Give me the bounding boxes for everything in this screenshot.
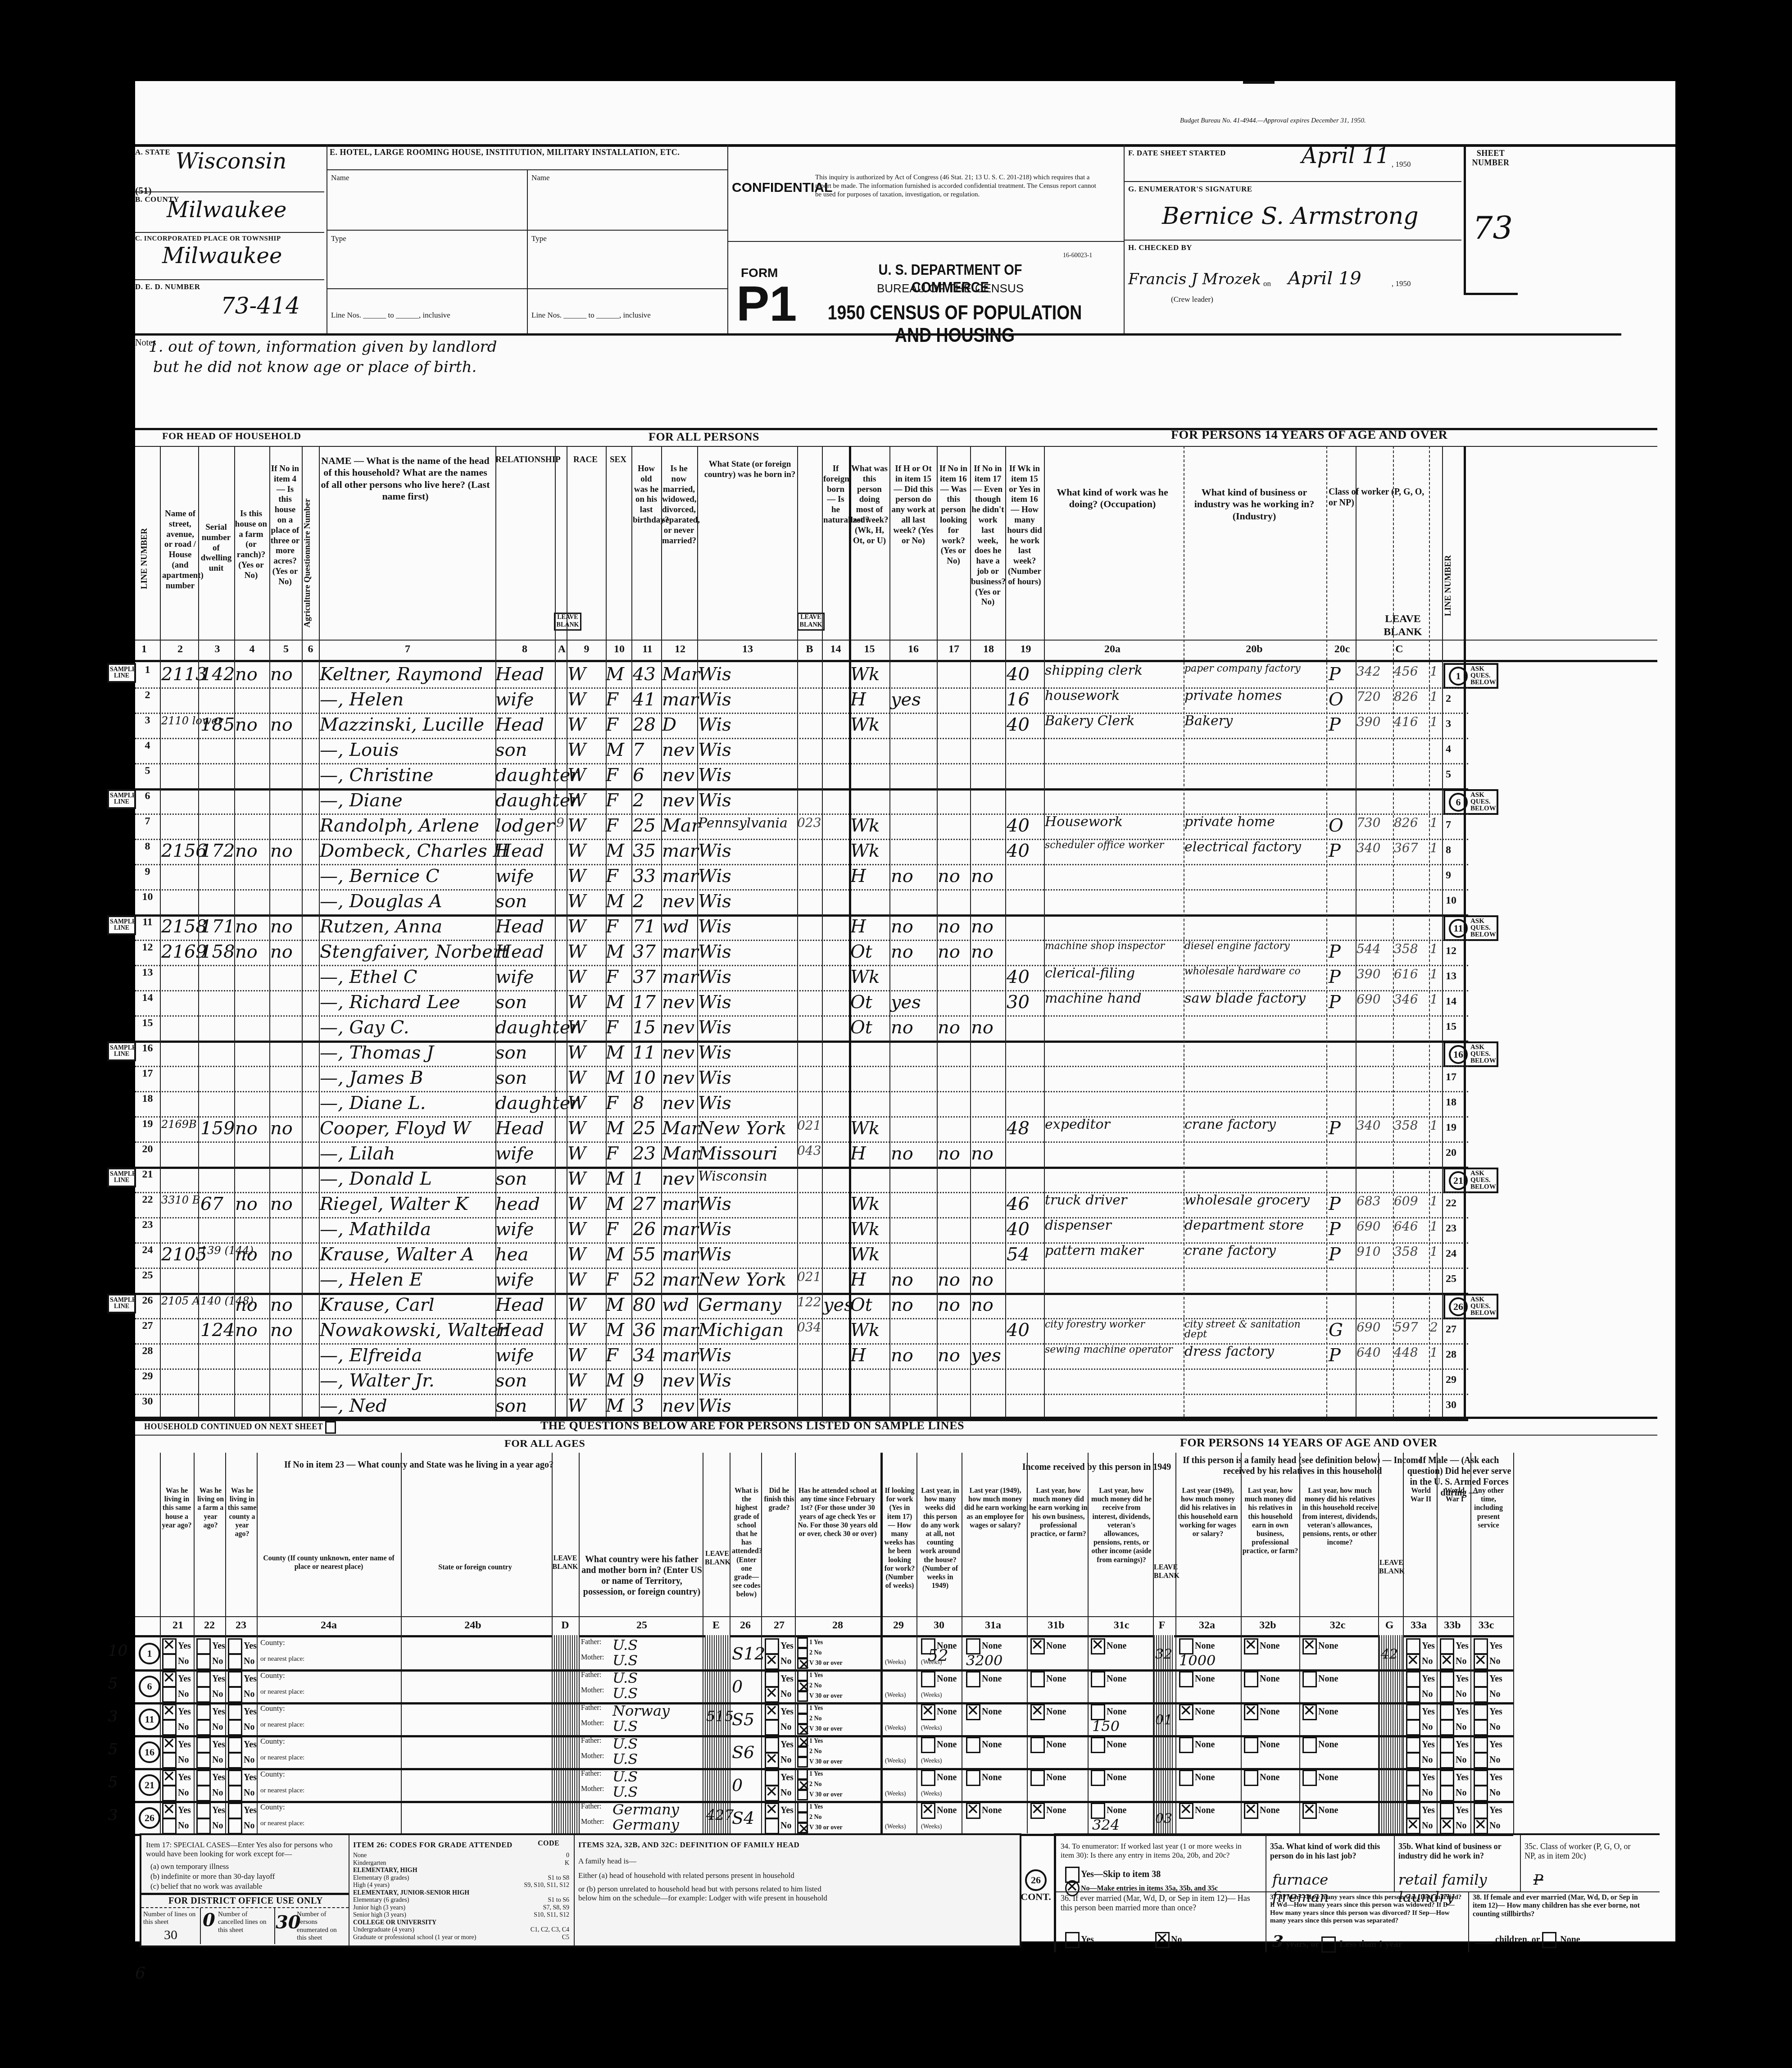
c32a-none-checkbox[interactable] (1179, 1704, 1193, 1720)
c32b-none-label: None (1260, 1740, 1279, 1750)
c33a-no-label: No (1422, 1722, 1433, 1732)
c28-2-checkbox[interactable] (797, 1757, 808, 1768)
q38-suffix: children, or (1495, 1935, 1540, 1945)
c31b-none-checkbox[interactable] (1030, 1737, 1045, 1753)
c21-no-checkbox[interactable] (162, 1785, 177, 1801)
c21-yes-checkbox[interactable] (162, 1671, 177, 1687)
c23-yes-checkbox[interactable] (228, 1803, 242, 1819)
cell-line: 10 (135, 891, 160, 903)
c32c-none-checkbox[interactable] (1302, 1803, 1317, 1819)
c33c-no-checkbox[interactable] (1474, 1654, 1488, 1670)
col-20c-header: Class of worker (P, G, O, or NP) (1329, 486, 1432, 508)
c31b-none-checkbox[interactable] (1030, 1671, 1045, 1687)
c32b-none-checkbox[interactable] (1244, 1704, 1258, 1720)
c21-yes-checkbox[interactable] (162, 1704, 177, 1720)
row-divider (135, 763, 1468, 764)
right-line-number: 12 (1446, 945, 1456, 957)
c33c-yes-label: Yes (1489, 1773, 1502, 1782)
c23-no-checkbox[interactable] (228, 1785, 242, 1801)
c27-yes-label: Yes (780, 1805, 794, 1815)
cell-activity: Wk (850, 664, 889, 685)
mother-birthplace: U.S (612, 1718, 638, 1735)
c31c-none-checkbox[interactable] (1091, 1770, 1105, 1786)
c33c-no-checkbox[interactable] (1474, 1686, 1488, 1703)
weeks-worked: 52 (928, 1646, 948, 1665)
c32c-none-label: None (1318, 1707, 1338, 1717)
cell-marital: D (662, 714, 698, 735)
c21-yes-checkbox[interactable] (162, 1770, 177, 1786)
c32a-none-checkbox[interactable] (1179, 1737, 1193, 1753)
sample-line-marker: SAMPLE LINE (107, 789, 136, 809)
notes-line-2: but he did not know age or place of birt… (153, 358, 476, 376)
c31c-none-checkbox[interactable] (1091, 1671, 1105, 1687)
cell-race: W (567, 1168, 606, 1189)
col-b-header: LEAVE BLANK (797, 613, 825, 631)
cell-hours: 46 (1007, 1194, 1045, 1214)
c23-yes-label: Yes (244, 1674, 257, 1684)
col-11-header: How old was he on his last birthday? (633, 464, 660, 526)
c33a-no-checkbox[interactable] (1406, 1752, 1420, 1768)
c28-2-checkbox[interactable] (797, 1823, 808, 1833)
sample-grid-line (1470, 1453, 1471, 1833)
grade-code-row: Undergraduate (4 years)C1, C2, C3, C4 (353, 1927, 569, 1934)
c31a-none-label: None (982, 1674, 1002, 1684)
c31a-none-checkbox[interactable] (966, 1704, 980, 1720)
cell-birthplace: Wis (698, 1068, 797, 1088)
c27-no-checkbox[interactable] (765, 1686, 779, 1703)
c31c-none-checkbox[interactable] (1091, 1638, 1105, 1654)
c28-2-label: V 30 or over (809, 1759, 843, 1765)
c28-1-checkbox[interactable] (797, 1746, 808, 1757)
c33a-yes-checkbox[interactable] (1406, 1704, 1420, 1720)
c23-yes-checkbox[interactable] (228, 1704, 242, 1720)
col-8-header: RELATIONSHIP (495, 455, 561, 465)
c33a-no-checkbox[interactable] (1406, 1719, 1420, 1736)
grid-line (661, 446, 662, 1417)
sample-column-number: 31b (1043, 1619, 1070, 1632)
c31c-none-label: None (1107, 1641, 1126, 1651)
c33a-no-checkbox[interactable] (1406, 1654, 1420, 1670)
cell-rel: Head (495, 714, 556, 735)
c31a-none-checkbox[interactable] (966, 1770, 980, 1786)
c22-no-checkbox[interactable] (196, 1785, 211, 1801)
grade-code-label: None (353, 1852, 367, 1860)
sample-header-c32c: Last year, how much money did his relati… (1302, 1486, 1378, 1547)
cell-code-2: 358 (1394, 1244, 1430, 1259)
c33b-yes-checkbox[interactable] (1440, 1671, 1454, 1687)
item17-a: (a) own temporary illness (150, 1862, 229, 1871)
cell-birthplace: Wis (698, 740, 797, 760)
cell-race: W (567, 1017, 606, 1038)
grade-attended: 0 (732, 1775, 743, 1795)
c31b-none-checkbox[interactable] (1030, 1803, 1045, 1819)
c31b-none-checkbox[interactable] (1030, 1638, 1045, 1654)
c22-yes-checkbox[interactable] (196, 1737, 211, 1753)
c33b-no-label: No (1456, 1689, 1466, 1699)
cell-looking: no (938, 1295, 970, 1315)
c30-none-label: None (937, 1740, 957, 1750)
cell-rel: son (495, 1395, 556, 1416)
c33b-yes-checkbox[interactable] (1440, 1770, 1454, 1786)
c32b-none-checkbox[interactable] (1244, 1737, 1258, 1753)
c33b-yes-checkbox[interactable] (1440, 1704, 1454, 1720)
c22-yes-checkbox[interactable] (196, 1638, 211, 1654)
cell-sex: F (606, 790, 633, 811)
column-number: 15 (850, 643, 889, 655)
census-sheet: (51) Budget Bureau No. 41-4944.—Approval… (135, 81, 1675, 1941)
c22-no-checkbox[interactable] (196, 1686, 211, 1703)
cell-line: 26 (135, 1295, 160, 1307)
cell-line: 4 (135, 740, 160, 752)
cell-class: P (1329, 1244, 1356, 1265)
c28-0-checkbox[interactable] (797, 1637, 808, 1648)
c31a-none-checkbox[interactable] (966, 1671, 980, 1687)
col-18-header: If No in item 17 — Even though he didn't… (971, 464, 1005, 608)
c30-none-checkbox[interactable] (921, 1704, 935, 1720)
cell-hours: 40 (1007, 815, 1045, 836)
c33a-no-checkbox[interactable] (1406, 1785, 1420, 1801)
persons-label: Number of persons enumerated on this she… (297, 1911, 346, 1942)
c21-no-label: No (178, 1755, 189, 1765)
cell-sex: M (606, 1244, 633, 1265)
right-line-number: 15 (1446, 1021, 1456, 1033)
c23-yes-checkbox[interactable] (228, 1770, 242, 1786)
c33c-yes-checkbox[interactable] (1474, 1770, 1488, 1786)
c22-yes-checkbox[interactable] (196, 1803, 211, 1819)
c22-no-checkbox[interactable] (196, 1752, 211, 1768)
c23-no-checkbox[interactable] (228, 1752, 242, 1768)
c27-no-checkbox[interactable] (765, 1785, 779, 1801)
c23-no-checkbox[interactable] (228, 1818, 242, 1834)
cell-race: W (567, 866, 606, 886)
c31b-none-checkbox[interactable] (1030, 1704, 1045, 1720)
sample-column-number: D (552, 1619, 579, 1632)
sample-header-c32b: Last year, how much money did his relati… (1242, 1486, 1298, 1556)
cell-sex: M (606, 1295, 633, 1315)
c31c-none-checkbox[interactable] (1091, 1737, 1105, 1753)
q36-no-label: No (1171, 1935, 1182, 1945)
cell-code-1: 683 (1356, 1194, 1393, 1209)
c32c-none-checkbox[interactable] (1302, 1671, 1317, 1687)
c33b-no-label: No (1456, 1755, 1466, 1765)
cell-race: W (567, 1295, 606, 1315)
cell-race: W (567, 1118, 606, 1139)
c33c-yes-checkbox[interactable] (1474, 1704, 1488, 1720)
c31a-none-checkbox[interactable] (966, 1803, 980, 1819)
c33c-no-checkbox[interactable] (1474, 1719, 1488, 1736)
right-line-number: 27 (1446, 1323, 1456, 1336)
c32c-none-checkbox[interactable] (1302, 1770, 1317, 1786)
cell-hours: 48 (1007, 1118, 1045, 1139)
c30-none-checkbox[interactable] (921, 1671, 935, 1687)
c28-2-checkbox[interactable] (797, 1724, 808, 1735)
c32b-none-checkbox[interactable] (1244, 1803, 1258, 1819)
q35c-text: 35c. Class of worker (P, G, O, or NP, as… (1524, 1842, 1637, 1860)
c32a-none-checkbox[interactable] (1179, 1803, 1193, 1819)
cell-job: no (971, 941, 1006, 962)
grade-code-row: None0 (353, 1852, 569, 1860)
q37-suffix: years, or (1286, 1939, 1319, 1949)
sample-column-number: 33c (1473, 1619, 1500, 1632)
cell-activity: Wk (850, 1244, 889, 1265)
column-number: 18 (971, 643, 1006, 655)
grid-line (269, 446, 270, 1417)
sample-grid-line (1513, 1453, 1514, 1833)
c33a-no-checkbox[interactable] (1406, 1686, 1420, 1703)
cell-line: 28 (135, 1345, 160, 1357)
q38-none-checkbox[interactable] (1542, 1932, 1556, 1948)
cell-house: 2105 A (161, 1295, 200, 1307)
q37-less-checkbox[interactable] (1321, 1936, 1336, 1953)
column-number: 17 (938, 643, 970, 655)
cell-birthplace: Wis (698, 1017, 797, 1038)
c28-0-checkbox[interactable] (797, 1802, 808, 1813)
column-number: 5 (270, 643, 302, 655)
c21-no-checkbox[interactable] (162, 1686, 177, 1703)
cell-race: W (567, 916, 606, 937)
c23-yes-checkbox[interactable] (228, 1671, 242, 1687)
c28-0-checkbox[interactable] (797, 1736, 808, 1747)
c33c-no-label: No (1489, 1722, 1500, 1732)
c32c-none-checkbox[interactable] (1302, 1638, 1317, 1654)
c33b-yes-checkbox[interactable] (1440, 1737, 1454, 1753)
c22-yes-checkbox[interactable] (196, 1671, 211, 1687)
cell-sex: F (606, 1345, 633, 1366)
c33c-no-checkbox[interactable] (1474, 1818, 1488, 1834)
family-head-a: Either (a) head of household with relate… (578, 1871, 1011, 1880)
cell-industry: Bakery (1184, 714, 1324, 728)
page-mark: 6 (135, 1964, 145, 1982)
grade-code-label: Undergraduate (4 years) (353, 1927, 414, 1934)
c33b-yes-label: Yes (1456, 1805, 1469, 1815)
sample-header-c28: Has he attended school at any time since… (797, 1486, 878, 1538)
c21-no-checkbox[interactable] (162, 1752, 177, 1768)
c22-no-checkbox[interactable] (196, 1654, 211, 1670)
c23-yes-checkbox[interactable] (228, 1737, 242, 1753)
grid-line (631, 446, 632, 1417)
nearest-place-label: or nearest place: (260, 1787, 304, 1795)
c28-2-label: V 30 or over (809, 1660, 843, 1667)
sample-column-number: 33b (1439, 1619, 1466, 1632)
cell-code-3: 1 (1430, 714, 1443, 729)
cell-marital: mar (662, 1320, 698, 1341)
column-number: 9 (567, 643, 606, 655)
cell-code-2: 646 (1394, 1219, 1430, 1234)
c32a-none-checkbox[interactable] (1179, 1671, 1193, 1687)
lines-label: Number of lines on this sheet (143, 1911, 197, 1927)
c28-1-checkbox[interactable] (797, 1681, 808, 1691)
c33c-no-checkbox[interactable] (1474, 1752, 1488, 1768)
c31c-none-label: None (1107, 1773, 1126, 1782)
c21-no-checkbox[interactable] (162, 1818, 177, 1834)
cell-name: Mazzinski, Lucille (320, 714, 495, 735)
c27-no-checkbox[interactable] (765, 1719, 779, 1736)
cell-age: 36 (633, 1320, 662, 1341)
col-f-code: 03 (1155, 1811, 1172, 1827)
cell-race: W (567, 815, 606, 836)
c22-yes-checkbox[interactable] (196, 1770, 211, 1786)
cell-rel: daughter (495, 790, 556, 811)
household-continued-checkbox[interactable] (325, 1421, 336, 1434)
cell-name: —, Diane (320, 790, 495, 811)
c33a-yes-checkbox[interactable] (1406, 1671, 1420, 1687)
c23-no-checkbox[interactable] (228, 1719, 242, 1736)
c31b-none-checkbox[interactable] (1030, 1770, 1045, 1786)
c33b-no-checkbox[interactable] (1440, 1818, 1454, 1834)
leave-blank-shading (705, 1635, 730, 1833)
c21-no-label: No (178, 1689, 189, 1699)
c32b-none-checkbox[interactable] (1244, 1638, 1258, 1654)
col-g-code: 42 (1381, 1646, 1398, 1662)
county-label: County: (260, 1770, 285, 1779)
c28-1-checkbox[interactable] (797, 1779, 808, 1790)
c33c-no-checkbox[interactable] (1474, 1785, 1488, 1801)
c33c-yes-label: Yes (1489, 1805, 1502, 1815)
cell-race: W (567, 1194, 606, 1214)
cell-rel: wife (495, 1269, 556, 1290)
q36-yes-checkbox[interactable] (1065, 1932, 1080, 1948)
cell-rel: wife (495, 1143, 556, 1164)
c27-yes-checkbox[interactable] (765, 1704, 779, 1720)
c33b-no-checkbox[interactable] (1440, 1686, 1454, 1703)
c21-no-checkbox[interactable] (162, 1654, 177, 1670)
c28-2-checkbox[interactable] (797, 1691, 808, 1702)
c22-yes-label: Yes (212, 1707, 225, 1717)
grade-code-label: Junior high (3 years) (353, 1904, 405, 1912)
right-line-number: 8 (1446, 844, 1451, 856)
c30-none-checkbox[interactable] (921, 1770, 935, 1786)
c33b-no-checkbox[interactable] (1440, 1785, 1454, 1801)
cell-hours: 40 (1007, 841, 1045, 861)
c33b-no-checkbox[interactable] (1440, 1719, 1454, 1736)
cell-rel: daughter (495, 1017, 556, 1038)
c33c-yes-checkbox[interactable] (1474, 1737, 1488, 1753)
c23-yes-checkbox[interactable] (228, 1638, 242, 1654)
cell-sex: M (606, 941, 633, 962)
cell-code-1: 730 (1356, 815, 1393, 830)
cell-race: W (567, 891, 606, 912)
q36-no-checkbox[interactable] (1155, 1932, 1170, 1948)
c21-yes-checkbox[interactable] (162, 1803, 177, 1819)
cell-birthplace: Wis (698, 1042, 797, 1063)
cell-line: 3 (135, 714, 160, 727)
c33a-yes-label: Yes (1422, 1740, 1435, 1750)
cell-hours: 40 (1007, 967, 1045, 987)
c21-yes-checkbox[interactable] (162, 1737, 177, 1753)
cell-sex: F (606, 916, 633, 937)
c28-2-checkbox[interactable] (797, 1658, 808, 1669)
cell-serial: 171 (200, 916, 234, 937)
c28-0-checkbox[interactable] (797, 1703, 808, 1714)
c22-no-label: No (212, 1722, 223, 1732)
cell-industry: city street & sanitation dept (1184, 1320, 1324, 1340)
ask-questions-marker: 26ASK QUES. BELOW (1443, 1294, 1498, 1319)
c33b-yes-label: Yes (1456, 1707, 1469, 1717)
c32b-none-checkbox[interactable] (1244, 1770, 1258, 1786)
c32a-none-checkbox[interactable] (1179, 1770, 1193, 1786)
c33a-yes-label: Yes (1422, 1707, 1435, 1717)
c22-no-checkbox[interactable] (196, 1818, 211, 1834)
cell-hours: 40 (1007, 1219, 1045, 1240)
c32b-none-checkbox[interactable] (1244, 1671, 1258, 1687)
col-c-header: LEAVE BLANK (1369, 613, 1437, 639)
questions-34-38: 34. To enumerator: If worked last year (… (1054, 1833, 1660, 1952)
sample-column-number: 26 (732, 1619, 759, 1632)
cell-occupation: machine shop inspector (1045, 941, 1180, 951)
date-label: f. DATE SHEET STARTED (1128, 149, 1226, 158)
grade-code-value: 0 (566, 1852, 569, 1860)
c30-none-checkbox[interactable] (921, 1803, 935, 1819)
c27-no-checkbox[interactable] (765, 1752, 779, 1768)
cell-sex: F (606, 1269, 633, 1290)
c27-no-checkbox[interactable] (765, 1654, 779, 1670)
c21-no-checkbox[interactable] (162, 1719, 177, 1736)
cell-class: P (1329, 664, 1356, 685)
c22-yes-checkbox[interactable] (196, 1704, 211, 1720)
c23-no-label: No (244, 1821, 254, 1831)
c32c-none-checkbox[interactable] (1302, 1704, 1317, 1720)
cell-age: 6 (633, 765, 662, 786)
cell-race: W (567, 765, 606, 786)
notes-line-1: 1. out of town, information given by lan… (149, 338, 497, 356)
father-birthplace: U.S (612, 1768, 638, 1785)
cell-hours: 40 (1007, 664, 1045, 685)
c33a-yes-checkbox[interactable] (1406, 1737, 1420, 1753)
c27-no-label: No (780, 1821, 791, 1831)
c33c-yes-checkbox[interactable] (1474, 1671, 1488, 1687)
sample-column-number: 27 (766, 1619, 793, 1632)
col-3-header: Serial number of dwelling unit (200, 523, 232, 574)
inst-name-label-1: Name (331, 173, 349, 182)
c23-no-checkbox[interactable] (228, 1654, 242, 1670)
c32c-none-checkbox[interactable] (1302, 1737, 1317, 1753)
c22-no-checkbox[interactable] (196, 1719, 211, 1736)
row-divider (135, 1141, 1468, 1143)
cell-marital: mar (662, 866, 698, 886)
col-10-header: SEX (606, 455, 631, 465)
c31a-none-checkbox[interactable] (966, 1737, 980, 1753)
footer-box: Item 17: SPECIAL CASES—Enter Yes also fo… (140, 1833, 1021, 1947)
cell-marital: nev (662, 740, 698, 760)
cell-age: 80 (633, 1295, 662, 1315)
c31a-none-label: None (982, 1707, 1002, 1717)
cell-looking: no (938, 1143, 970, 1164)
c27-yes-checkbox[interactable] (765, 1803, 779, 1819)
sample-header-c24b: State or foreign country (401, 1563, 549, 1572)
c33b-no-checkbox[interactable] (1440, 1752, 1454, 1768)
c31a-none-label: None (982, 1641, 1002, 1651)
c30-none-checkbox[interactable] (921, 1737, 935, 1753)
c33a-yes-checkbox[interactable] (1406, 1770, 1420, 1786)
other-income: 324 (1092, 1816, 1120, 1833)
sample-column-number: F (1148, 1619, 1175, 1632)
c28-2-checkbox[interactable] (797, 1790, 808, 1800)
cell-rel: wife (495, 866, 556, 886)
c33a-no-checkbox[interactable] (1406, 1818, 1420, 1834)
sample-grid-line (1153, 1453, 1154, 1833)
cell-occupation: Housework (1045, 815, 1180, 829)
cell-sex: M (606, 891, 633, 912)
c21-yes-checkbox[interactable] (162, 1638, 177, 1654)
c28-0-label: 1 Yes (809, 1771, 823, 1777)
c23-no-checkbox[interactable] (228, 1686, 242, 1703)
section-persons-14: FOR PERSONS 14 YEARS OF AGE AND OVER (1171, 428, 1447, 442)
c33b-no-checkbox[interactable] (1440, 1654, 1454, 1670)
c27-no-checkbox[interactable] (765, 1818, 779, 1834)
grade-code-row: Senior high (3 years)S10, S11, S12 (353, 1912, 569, 1919)
cell-age: 27 (633, 1194, 662, 1214)
cell-sex: F (606, 866, 633, 886)
